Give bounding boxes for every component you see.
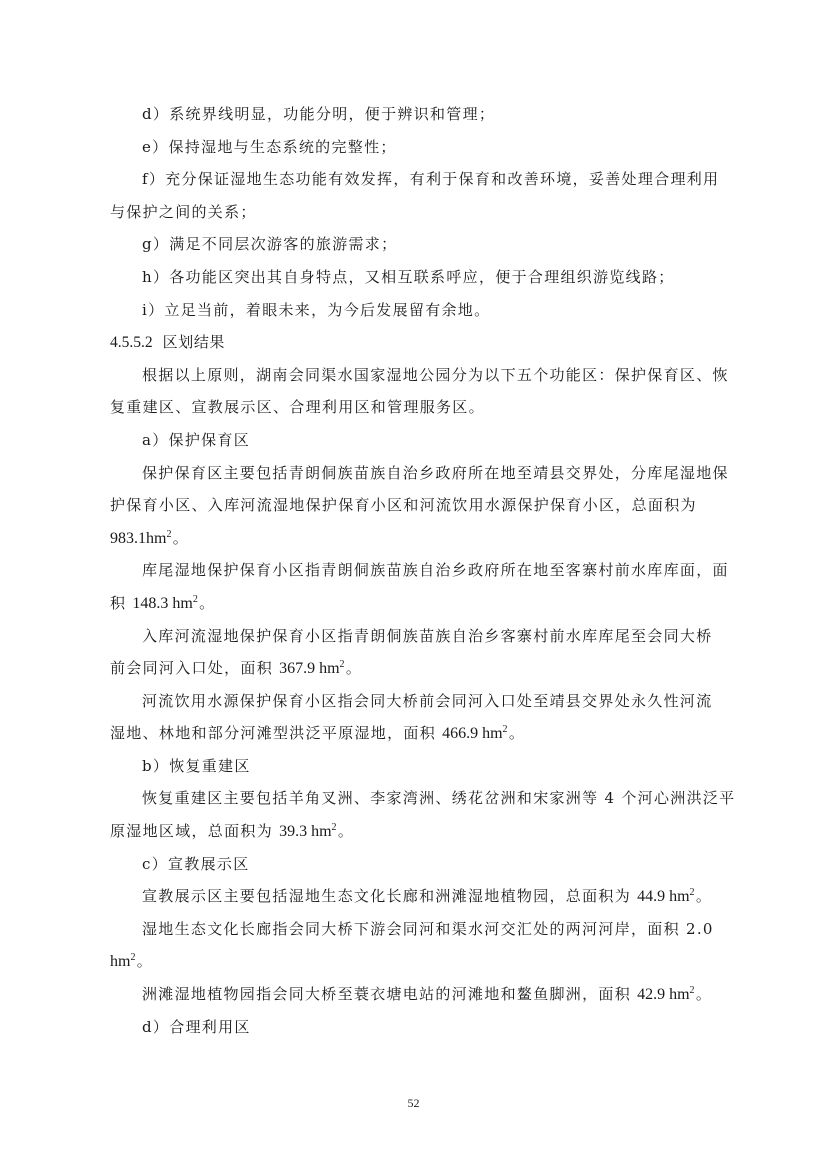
text: 宣教展示区主要包括湿地生态文化长廊和洲滩湿地植物园，总面积为: [142, 887, 637, 905]
area-value: 148.3 hm: [132, 595, 192, 612]
text: 前会同河入口处，面积: [110, 659, 279, 677]
area-value: 983.1hm: [110, 530, 166, 547]
area-value: 42.9 hm: [637, 986, 689, 1003]
zone-a-sub3-line1: 河流饮用水源保护保育小区指会同大桥前会同河入口处至靖县交界处永久性河流: [110, 685, 732, 718]
principle-e: e）保持湿地与生态系统的完整性；: [110, 131, 732, 164]
section-heading: 4.5.5.2区划结果: [110, 326, 732, 359]
period: 。: [137, 952, 153, 970]
area-value: 367.9 hm: [279, 660, 339, 677]
zone-c-sub1-line1: 湿地生态文化长廊指会同大桥下游会同河和渠水河交汇处的两河河岸，面积 2.0: [110, 913, 732, 946]
period: 。: [696, 887, 712, 905]
zone-b-heading: b）恢复重建区: [110, 750, 732, 783]
zone-c-heading: c）宣教展示区: [110, 848, 732, 881]
zone-a-sub2-line1: 入库河流湿地保护保育小区指青朗侗族苗族自治乡客寨村前水库库尾至会同大桥: [110, 620, 732, 653]
section-title: 区划结果: [163, 333, 225, 351]
period: 。: [509, 724, 525, 742]
zone-c-sub1-line2: hm2。: [110, 945, 732, 978]
text: 洲滩湿地植物园指会同大桥至蓑衣塘电站的河滩地和鳌鱼脚洲，面积: [142, 985, 637, 1003]
zone-a-sub2-line2: 前会同河入口处，面积 367.9 hm2。: [110, 652, 732, 685]
period: 。: [338, 822, 354, 840]
area-value: 466.9 hm: [442, 725, 502, 742]
area-value: 44.9 hm: [637, 888, 689, 905]
zone-b-line2: 原湿地区域，总面积为 39.3 hm2。: [110, 815, 732, 848]
zone-a-sub1-line1: 库尾湿地保护保育小区指青朗侗族苗族自治乡政府所在地至客寨村前水库库面，面: [110, 554, 732, 587]
principle-f-line1: f）充分保证湿地生态功能有效发挥，有利于保育和改善环境，妥善处理合理利用: [110, 163, 732, 196]
principle-g: g）满足不同层次游客的旅游需求；: [110, 228, 732, 261]
text: 湿地、林地和部分河滩型洪泛平原湿地，面积: [110, 724, 442, 742]
intro-line1: 根据以上原则，湖南会同渠水国家湿地公园分为以下五个功能区：保护保育区、恢: [110, 359, 732, 392]
zone-b-line1: 恢复重建区主要包括羊角叉洲、李家湾洲、绣花岔洲和宋家洲等 4 个河心洲洪泛平: [110, 782, 732, 815]
section-number: 4.5.5.2: [110, 334, 153, 351]
area-value: 39.3 hm: [279, 823, 331, 840]
text: 原湿地区域，总面积为: [110, 822, 279, 840]
zone-a-sub1-line2: 积 148.3 hm2。: [110, 587, 732, 620]
zone-a-summary-area: 983.1hm2。: [110, 522, 732, 555]
principle-f-line2: 与保护之间的关系；: [110, 196, 732, 229]
period: 。: [199, 594, 215, 612]
zone-a-summary-line1: 保护保育区主要包括青朗侗族苗族自治乡政府所在地至靖县交界处，分库尾湿地保: [110, 457, 732, 490]
principle-d: d）系统界线明显，功能分明，便于辨识和管理；: [110, 98, 732, 131]
period: 。: [173, 529, 189, 547]
zone-a-summary-line2: 护保育小区、入库河流湿地保护保育小区和河流饮用水源保护保育小区，总面积为: [110, 489, 732, 522]
intro-line2: 复重建区、宣教展示区、合理利用区和管理服务区。: [110, 391, 732, 424]
zone-c-summary: 宣教展示区主要包括湿地生态文化长廊和洲滩湿地植物园，总面积为 44.9 hm2。: [110, 880, 732, 913]
period: 。: [346, 659, 362, 677]
zone-a-sub3-line2: 湿地、林地和部分河滩型洪泛平原湿地，面积 466.9 hm2。: [110, 717, 732, 750]
zone-c-sub2: 洲滩湿地植物园指会同大桥至蓑衣塘电站的河滩地和鳌鱼脚洲，面积 42.9 hm2。: [110, 978, 732, 1011]
document-page: d）系统界线明显，功能分明，便于辨识和管理； e）保持湿地与生态系统的完整性； …: [110, 98, 732, 1043]
zone-a-heading: a）保护保育区: [110, 424, 732, 457]
principle-i: i）立足当前，着眼未来，为今后发展留有余地。: [110, 294, 732, 327]
area-unit: hm: [110, 953, 130, 970]
principle-h: h）各功能区突出其自身特点，又相互联系呼应，便于合理组织游览线路；: [110, 261, 732, 294]
page-number: 52: [0, 1096, 827, 1111]
zone-d-heading: d）合理利用区: [110, 1011, 732, 1044]
text: 积: [110, 594, 132, 612]
period: 。: [696, 985, 712, 1003]
